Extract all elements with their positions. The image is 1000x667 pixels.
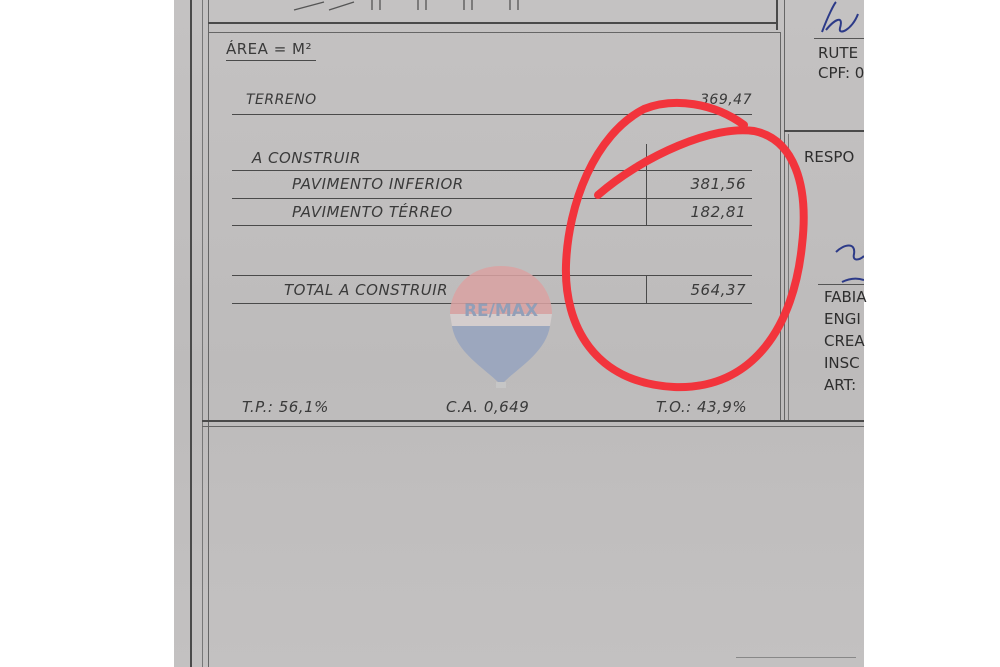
pavimento-inferior-label: PAVIMENTO INFERIOR [292,175,464,193]
terreno-label: TERRENO [246,92,317,108]
responsible-signature-icon [834,238,864,288]
owner-signature-line [814,38,864,39]
document-page: ÁREA = M² TERRENO 369,47 A CONSTRUIR PAV… [174,0,864,667]
bottom-text-remnant [736,657,856,658]
area-box-bottom-line-2 [202,426,864,427]
area-box-bottom-line-1 [202,420,864,422]
total-label: TOTAL A CONSTRUIR [284,281,448,299]
top-section-right-line [776,0,778,30]
to-index: T.O.: 43,9% [656,398,747,416]
tp-index: T.P.: 56,1% [242,398,329,416]
area-heading: ÁREA = M² [226,40,312,58]
ca-index: C.A. 0,649 [446,398,529,416]
drawing-fragment-icon [284,0,624,14]
area-box-top-line [208,32,780,33]
owner-signature-icon [814,0,864,40]
left-border-outer [190,0,192,667]
left-border-inner [202,0,203,667]
area-heading-underline [226,60,316,61]
top-section-bottom-line [208,22,778,24]
left-border-table [208,0,209,667]
remax-watermark-text: RE/MAX [464,301,538,321]
a-construir-label: A CONSTRUIR [252,149,361,167]
pavimento-terreo-label: PAVIMENTO TÉRREO [292,203,453,221]
owner-name: RUTE [818,42,858,64]
owner-cpf: CPF: 0 [818,62,864,84]
red-circle-annotation-icon [554,95,834,395]
remax-balloon-watermark-icon: RE/MAX [446,264,556,392]
